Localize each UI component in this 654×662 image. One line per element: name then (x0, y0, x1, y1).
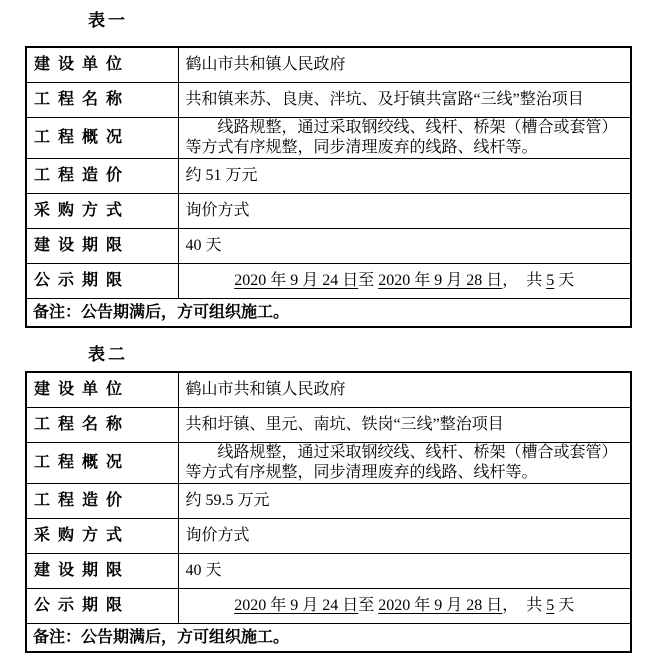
field-label-publicity-period: 公示期限 (26, 264, 178, 299)
table-row: 备注：公告期满后，方可组织施工。 (26, 299, 631, 328)
field-value-construction-unit: 鹤山市共和镇人民政府 (178, 372, 631, 408)
publicity-days-unit: 天 (554, 597, 574, 614)
field-label-construction-unit: 建设单位 (26, 47, 178, 83)
publicity-start-date: 2020 年 9 月 24 日 (234, 597, 358, 614)
field-label-project-cost: 工程造价 (26, 484, 178, 519)
field-value-project-name: 共和圩镇、里元、南坑、铁岗“三线”整治项目 (178, 408, 631, 443)
field-value-project-overview: 线路规整，通过采取钢绞线、线杆、桥架（槽合或套管）等方式有序规整，同步清理废弃的… (178, 118, 631, 159)
field-label-project-overview: 工程概况 (26, 443, 178, 484)
table-row: 公示期限 2020 年 9 月 24 日至 2020 年 9 月 28 日， 共… (26, 264, 631, 299)
publicity-days-unit: 天 (554, 272, 574, 289)
field-label-construction-period: 建设期限 (26, 554, 178, 589)
table-row: 工程名称 共和圩镇、里元、南坑、铁岗“三线”整治项目 (26, 408, 631, 443)
field-value-procurement-method: 询价方式 (178, 194, 631, 229)
field-value-project-name: 共和镇来苏、良庚、泮坑、及圩镇共富路“三线”整治项目 (178, 83, 631, 118)
table-row: 采购方式 询价方式 (26, 519, 631, 554)
table-row: 工程概况 线路规整，通过采取钢绞线、线杆、桥架（槽合或套管）等方式有序规整，同步… (26, 118, 631, 159)
field-label-publicity-period: 公示期限 (26, 589, 178, 624)
field-value-project-cost: 约 51 万元 (178, 159, 631, 194)
remarks-cell: 备注：公告期满后，方可组织施工。 (26, 299, 631, 328)
publicity-total-text: ， 共 (502, 597, 546, 614)
table2-title: 表二 (88, 328, 654, 364)
field-label-project-overview: 工程概况 (26, 118, 178, 159)
field-label-project-name: 工程名称 (26, 408, 178, 443)
table-row: 采购方式 询价方式 (26, 194, 631, 229)
field-value-construction-period: 40 天 (178, 229, 631, 264)
field-label-construction-period: 建设期限 (26, 229, 178, 264)
publicity-to-text: 至 (358, 272, 378, 289)
field-label-procurement-method: 采购方式 (26, 194, 178, 229)
field-label-construction-unit: 建设单位 (26, 372, 178, 408)
field-value-procurement-method: 询价方式 (178, 519, 631, 554)
field-value-construction-unit: 鹤山市共和镇人民政府 (178, 47, 631, 83)
publicity-total-text: ， 共 (502, 272, 546, 289)
table-row: 建设单位 鹤山市共和镇人民政府 (26, 47, 631, 83)
publicity-start-date: 2020 年 9 月 24 日 (234, 272, 358, 289)
field-label-project-name: 工程名称 (26, 83, 178, 118)
table-row: 工程概况 线路规整，通过采取钢绞线、线杆、桥架（槽合或套管）等方式有序规整，同步… (26, 443, 631, 484)
field-value-publicity-period: 2020 年 9 月 24 日至 2020 年 9 月 28 日， 共 5 天 (178, 264, 631, 299)
remarks-cell: 备注：公告期满后，方可组织施工。 (26, 624, 631, 653)
field-label-procurement-method: 采购方式 (26, 519, 178, 554)
overview-paragraph: 线路规整，通过采取钢绞线、线杆、桥架（槽合或套管）等方式有序规整，同步清理废弃的… (186, 443, 624, 483)
field-value-construction-period: 40 天 (178, 554, 631, 589)
table-row: 建设期限 40 天 (26, 229, 631, 264)
table-row: 工程造价 约 59.5 万元 (26, 484, 631, 519)
table-row: 工程造价 约 51 万元 (26, 159, 631, 194)
table1-title: 表一 (88, 0, 654, 30)
document-page: 表一 建设单位 鹤山市共和镇人民政府 工程名称 共和镇来苏、良庚、泮坑、及圩镇共… (0, 0, 654, 662)
publicity-end-date: 2020 年 9 月 28 日 (378, 597, 502, 614)
table-row: 建设期限 40 天 (26, 554, 631, 589)
table-row: 建设单位 鹤山市共和镇人民政府 (26, 372, 631, 408)
table-row: 备注：公告期满后，方可组织施工。 (26, 624, 631, 653)
project-table-1: 建设单位 鹤山市共和镇人民政府 工程名称 共和镇来苏、良庚、泮坑、及圩镇共富路“… (25, 46, 632, 328)
field-value-publicity-period: 2020 年 9 月 24 日至 2020 年 9 月 28 日， 共 5 天 (178, 589, 631, 624)
publicity-to-text: 至 (358, 597, 378, 614)
table-row: 公示期限 2020 年 9 月 24 日至 2020 年 9 月 28 日， 共… (26, 589, 631, 624)
project-table-2: 建设单位 鹤山市共和镇人民政府 工程名称 共和圩镇、里元、南坑、铁岗“三线”整治… (25, 371, 632, 653)
publicity-end-date: 2020 年 9 月 28 日 (378, 272, 502, 289)
table-row: 工程名称 共和镇来苏、良庚、泮坑、及圩镇共富路“三线”整治项目 (26, 83, 631, 118)
field-value-project-cost: 约 59.5 万元 (178, 484, 631, 519)
field-label-project-cost: 工程造价 (26, 159, 178, 194)
field-value-project-overview: 线路规整，通过采取钢绞线、线杆、桥架（槽合或套管）等方式有序规整，同步清理废弃的… (178, 443, 631, 484)
overview-paragraph: 线路规整，通过采取钢绞线、线杆、桥架（槽合或套管）等方式有序规整，同步清理废弃的… (186, 118, 624, 158)
